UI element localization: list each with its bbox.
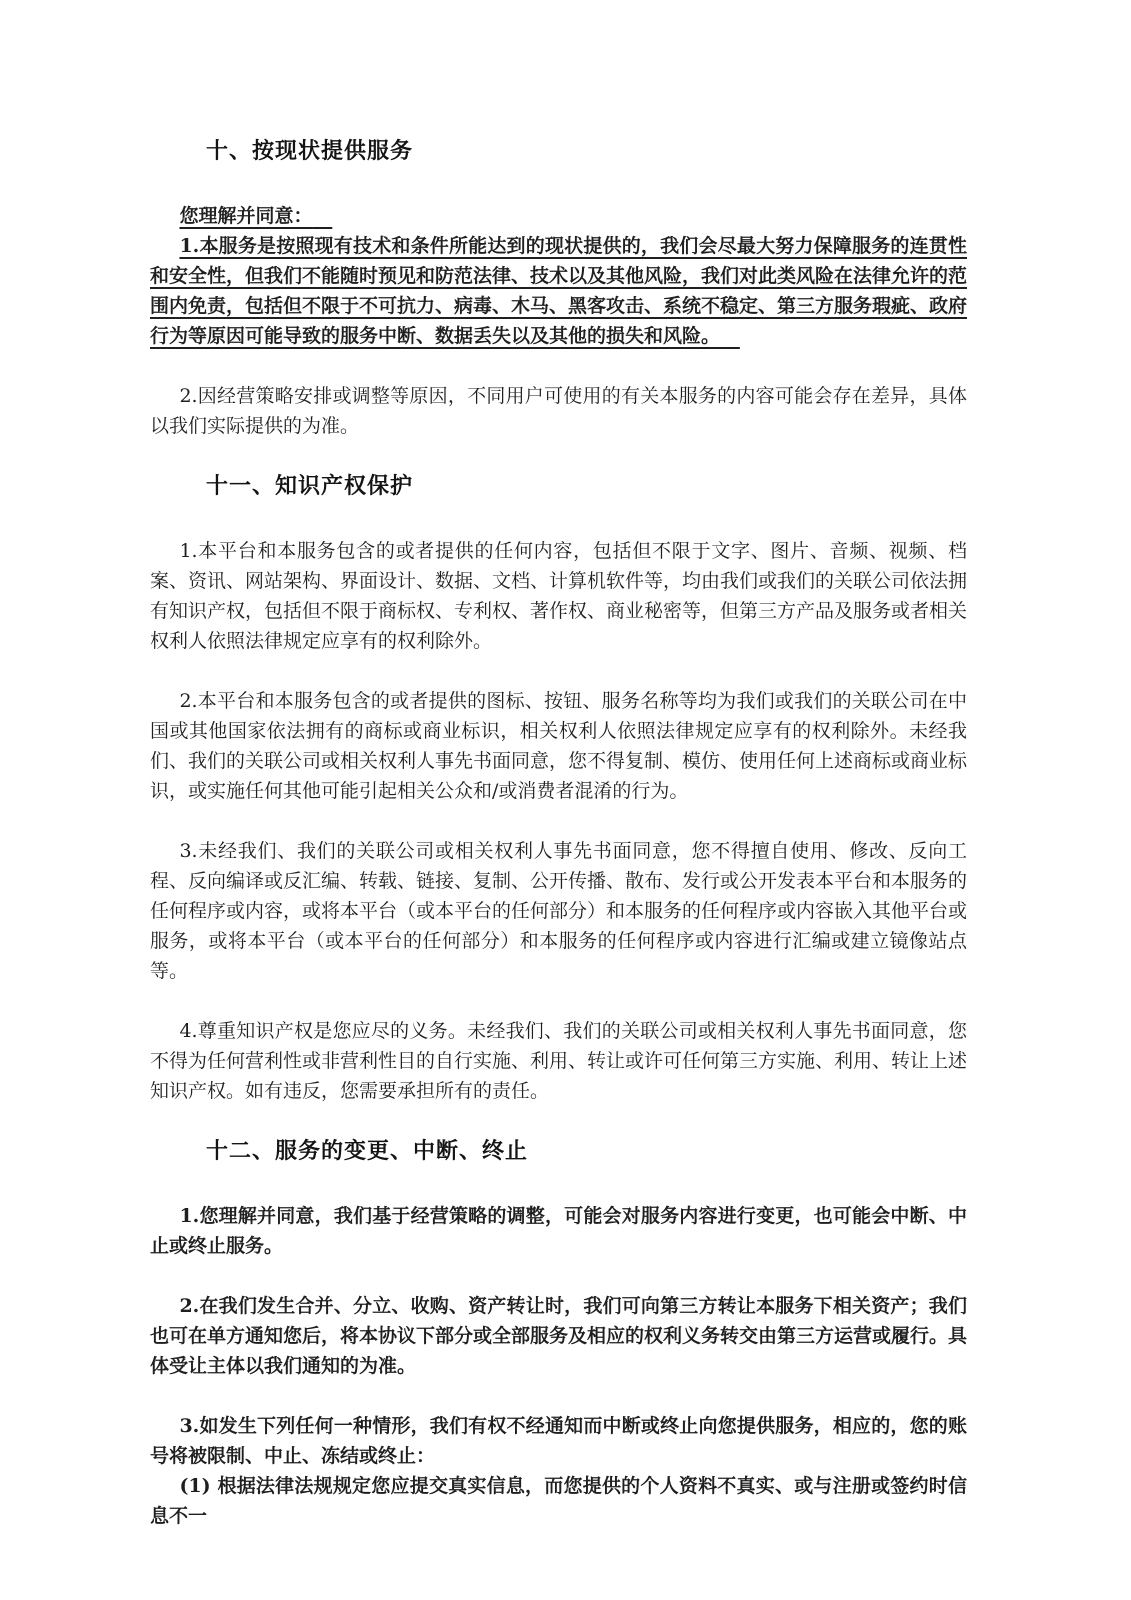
- paragraph: 1.本服务是按照现有技术和条件所能达到的现状提供的，我们会尽最大努力保障服务的连…: [150, 231, 967, 351]
- section-paragraphs: 您理解并同意： 1.本服务是按照现有技术和条件所能达到的现状提供的，我们会尽最大…: [150, 201, 967, 441]
- section-paragraphs: 1.您理解并同意，我们基于经营策略的调整，可能会对服务内容进行变更，也可能会中断…: [150, 1201, 967, 1531]
- section-heading: 十二、服务的变更、中断、终止: [206, 1136, 967, 1168]
- section-10-as-is-service: 十、按现状提供服务 您理解并同意： 1.本服务是按照现有技术和条件所能达到的现状…: [150, 136, 967, 441]
- document-page: 十、按现状提供服务 您理解并同意： 1.本服务是按照现有技术和条件所能达到的现状…: [0, 0, 1131, 1600]
- paragraph: 1.本平台和本服务包含的或者提供的任何内容，包括但不限于文字、图片、音频、视频、…: [150, 536, 967, 656]
- paragraph: 2.在我们发生合并、分立、收购、资产转让时，我们可向第三方转让本服务下相关资产；…: [150, 1291, 967, 1381]
- paragraph: 3.如发生下列任何一种情形，我们有权不经通知而中断或终止向您提供服务，相应的，您…: [150, 1411, 967, 1471]
- sections-root: 十、按现状提供服务 您理解并同意： 1.本服务是按照现有技术和条件所能达到的现状…: [150, 136, 967, 1531]
- paragraph: 2.因经营策略安排或调整等原因，不同用户可使用的有关本服务的内容可能会存在差异，…: [150, 381, 967, 441]
- section-paragraphs: 1.本平台和本服务包含的或者提供的任何内容，包括但不限于文字、图片、音频、视频、…: [150, 536, 967, 1106]
- paragraph: 1.您理解并同意，我们基于经营策略的调整，可能会对服务内容进行变更，也可能会中断…: [150, 1201, 967, 1261]
- paragraph: 4.尊重知识产权是您应尽的义务。未经我们、我们的关联公司或相关权利人事先书面同意…: [150, 1016, 967, 1106]
- section-heading: 十一、知识产权保护: [206, 471, 967, 503]
- paragraph: 2.本平台和本服务包含的或者提供的图标、按钮、服务名称等均为我们或我们的关联公司…: [150, 686, 967, 806]
- paragraph: (1) 根据法律法规规定您应提交真实信息，而您提供的个人资料不真实、或与注册或签…: [150, 1471, 967, 1531]
- paragraph: 3.未经我们、我们的关联公司或相关权利人事先书面同意，您不得擅自使用、修改、反向…: [150, 836, 967, 986]
- paragraph: 您理解并同意：: [150, 201, 967, 231]
- section-12-change-interruption-termination: 十二、服务的变更、中断、终止 1.您理解并同意，我们基于经营策略的调整，可能会对…: [150, 1136, 967, 1531]
- section-heading: 十、按现状提供服务: [206, 136, 967, 168]
- section-11-intellectual-property: 十一、知识产权保护 1.本平台和本服务包含的或者提供的任何内容，包括但不限于文字…: [150, 471, 967, 1106]
